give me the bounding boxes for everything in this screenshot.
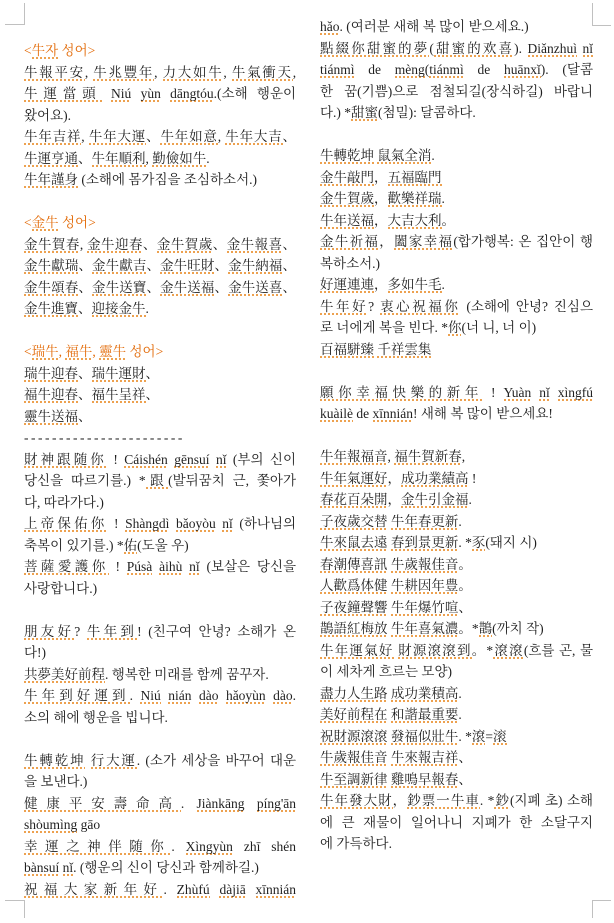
blank-line bbox=[320, 425, 593, 447]
underlined-run: 滾滾 bbox=[493, 643, 524, 660]
underlined-run: 牛至調新律 bbox=[320, 772, 388, 789]
crop-mark-bottom-left bbox=[5, 900, 25, 918]
text-run: . bbox=[458, 686, 461, 701]
underlined-run: 健康平安壽命高 bbox=[24, 796, 181, 813]
underlined-run: 滾 bbox=[472, 729, 486, 746]
text-run: (합가행복: 온 집안이 행 bbox=[453, 234, 593, 249]
text-run: 、 bbox=[214, 258, 228, 273]
underlined-run: xīnnián bbox=[256, 882, 296, 899]
underlined-run: 金牛祈福 bbox=[320, 234, 379, 251]
text-line: 祝福大家新年好. Zhùfú dàjiā xīnnián bbox=[24, 879, 296, 901]
underlined-run: 牛年大運 bbox=[89, 129, 146, 146]
text-run: < bbox=[24, 215, 32, 230]
text-run: ， bbox=[388, 492, 402, 507]
underlined-run: nǐ bbox=[222, 516, 233, 533]
underlined-run: 金牛送福 bbox=[160, 280, 214, 297]
text-line: 소의 해에 행운을 빕니다. bbox=[24, 707, 296, 729]
underlined-run: 牛轉乾坤 bbox=[24, 753, 85, 770]
underlined-run: 靈牛送福 bbox=[24, 409, 78, 426]
underlined-run: 牛年送福 bbox=[320, 213, 374, 230]
text-line: 朋友好? 牛年到! (친구여 안녕? 소해가 온 bbox=[24, 621, 296, 643]
text-line: 牛轉乾坤 鼠氣全消. bbox=[320, 145, 593, 167]
text-run bbox=[245, 796, 257, 811]
underlined-run: nián bbox=[168, 688, 191, 705]
text-run: 당신을 따르기를.) * bbox=[24, 473, 146, 488]
text-run: 복하소서.) bbox=[320, 256, 380, 271]
underlined-run: 多如牛毛 bbox=[388, 277, 442, 294]
underlined-run: 牛年到好運到 bbox=[24, 688, 130, 705]
underlined-run: 金牛賀歲 bbox=[320, 191, 374, 208]
text-line: 幸運之神伴随你. Xìngyùn zhī shén bbox=[24, 836, 296, 858]
section-heading: <瑞牛, 福牛, 靈牛 성어> bbox=[24, 341, 296, 363]
text-line: shòumìng gāo bbox=[24, 814, 296, 836]
text-run: 、 bbox=[78, 258, 92, 273]
underlined-run: shòumìng bbox=[24, 817, 77, 834]
text-line: 牛歲報佳音 牛來報吉祥、 bbox=[320, 747, 593, 769]
underlined-run: àihù bbox=[159, 559, 182, 576]
text-run: , bbox=[81, 129, 89, 144]
text-run: 소의 해에 행운을 빕니다. bbox=[24, 710, 168, 725]
text-run: = bbox=[485, 729, 493, 744]
text-run: . bbox=[146, 301, 149, 316]
text-line: 당신을 따르기를.) *跟(발뒤꿈치 근, 쫓아가 bbox=[24, 470, 296, 492]
text-run: ? bbox=[368, 299, 380, 314]
underlined-run: 金牛送喜 bbox=[228, 280, 282, 297]
text-run: 、 bbox=[146, 387, 160, 402]
text-run: . (여러분 새해 복 많이 받으세요.) bbox=[340, 19, 529, 34]
text-line: 다.) *甜蜜(첨밀): 달콤하다. bbox=[320, 102, 593, 124]
text-line: 牛年發大財，鈔票一牛車. *鈔(지폐 초) 소해 bbox=[320, 790, 593, 812]
blank-line bbox=[24, 599, 296, 621]
underlined-run: 大吉大利 bbox=[388, 213, 442, 230]
text-line: bànsuí nǐ. (행운의 신이 당신과 함께하길.) bbox=[24, 857, 296, 879]
underlined-run: 牛歲報佳音 bbox=[320, 750, 388, 767]
text-run: (돼지 시) bbox=[485, 535, 537, 550]
underlined-run: 發福似壯牛 bbox=[391, 729, 459, 746]
text-run: de bbox=[464, 62, 504, 77]
text-line: 春潮傳喜訊 牛歲報佳音。 bbox=[320, 554, 593, 576]
underlined-run: 牛자 bbox=[32, 43, 59, 60]
text-run: . bbox=[293, 688, 296, 703]
section-heading: <金牛 성어> bbox=[24, 212, 296, 234]
text-line: 牛報平安, 牛兆豐年, 力大如牛, 牛氣衝天, bbox=[24, 62, 296, 84]
underlined-run: nǐ bbox=[216, 452, 227, 469]
text-line: 子夜鐘聲響 牛年爆竹喧、 bbox=[320, 597, 593, 619]
text-run: ， bbox=[388, 471, 402, 486]
underlined-run: kuàilè bbox=[320, 406, 353, 423]
underlined-run: 願你幸福快樂的新年 bbox=[320, 385, 483, 402]
text-run: ， bbox=[374, 170, 388, 185]
crop-mark-bottom-right bbox=[592, 900, 611, 918]
text-run: (첨밀): 달콤하다. bbox=[378, 105, 476, 120]
text-run: 、 bbox=[78, 409, 92, 424]
underlined-run: 佑 bbox=[124, 538, 138, 555]
text-line: 牛年運氣好 財源滾滾到。*滾滾(흐를 곤, 물 bbox=[320, 640, 593, 662]
text-line: 牛運亨通、牛年順利, 勤儉如牛. bbox=[24, 148, 296, 170]
underlined-run: 金牛迎春 bbox=[87, 237, 143, 254]
underlined-run: 靈牛 bbox=[99, 344, 126, 361]
section-heading: <牛자 성어> bbox=[24, 40, 296, 62]
text-run: (발뒤꿈치 근, 쫓아가 bbox=[168, 473, 296, 488]
text-run: ). bbox=[514, 41, 527, 56]
text-run: , bbox=[80, 237, 87, 252]
blank-line bbox=[320, 360, 593, 382]
text-run: 성어> bbox=[59, 215, 96, 230]
underlined-run: 金牛 bbox=[32, 215, 59, 232]
text-line: 金牛賀歲，歡樂祥瑞. bbox=[320, 188, 593, 210]
text-run: zhī shén bbox=[233, 839, 296, 854]
underlined-run: 共夢美好前程 bbox=[24, 667, 105, 684]
text-run: . (행운의 신이 당신과 함께하길.) bbox=[73, 860, 259, 875]
underlined-run: 牛年爆竹喧 bbox=[391, 600, 459, 617]
blank-line bbox=[24, 191, 296, 213]
text-run: (부의 신이 bbox=[226, 452, 296, 467]
text-run: (소해에 안녕? 진심으 bbox=[460, 299, 593, 314]
underlined-run: 你 bbox=[448, 320, 462, 337]
text-run: . bbox=[163, 882, 176, 897]
text-run: 、 bbox=[214, 280, 228, 295]
underlined-run: 鵲語紅梅放 bbox=[320, 621, 388, 638]
underlined-run: 祝福大家新年好 bbox=[24, 882, 163, 899]
text-run: 다!) bbox=[24, 645, 46, 660]
underlined-run: 行大運 bbox=[91, 753, 137, 770]
underlined-run: 衷心祝福你 bbox=[380, 299, 460, 316]
text-line: hǎo. (여러분 새해 복 많이 받으세요.) bbox=[320, 16, 593, 38]
underlined-run: 牛來報吉祥 bbox=[391, 750, 459, 767]
underlined-run: tiánmì bbox=[429, 62, 464, 79]
text-line: 金牛頌春、金牛送寶、金牛送福、金牛送喜、 bbox=[24, 277, 296, 299]
underlined-run: 力大如牛 bbox=[163, 65, 224, 82]
text-run: (지폐 초) 소해 bbox=[510, 793, 593, 808]
underlined-run: 牛年喜氣濃 bbox=[391, 621, 459, 638]
underlined-run: 菩薩愛護你 bbox=[24, 559, 109, 576]
underlined-run: nǐ bbox=[189, 559, 200, 576]
text-line: 金牛賀春, 金牛迎春、金牛賀歲、金牛報喜、 bbox=[24, 234, 296, 256]
underlined-run: 點綴你甜蜜的夢 bbox=[320, 41, 429, 58]
text-run: (까치 작) bbox=[492, 621, 544, 636]
underlined-run: Cáishén bbox=[124, 452, 168, 469]
text-run: , bbox=[154, 65, 162, 80]
text-line: 共夢美好前程. 행복한 미래를 함께 꿈꾸자. bbox=[24, 664, 296, 686]
underlined-run: 盡力人生路 bbox=[320, 686, 388, 703]
text-run: ! bbox=[107, 516, 125, 531]
text-run: 、 bbox=[78, 280, 92, 295]
text-line: 한 꿈(기쁨)으로 점철되길(장식하길) 바랍니 bbox=[320, 81, 593, 103]
text-run: ). (달콤 bbox=[541, 62, 593, 77]
underlined-run: Jiànkāng bbox=[197, 796, 245, 813]
text-run: 에 가득하다. bbox=[320, 836, 392, 851]
text-line: 人歡爲体健 牛耕因年豊。 bbox=[320, 575, 593, 597]
text-line: 로 너에게 복을 빈다. *你(너 니, 너 이) bbox=[320, 317, 593, 339]
underlined-run: 幸運之神伴随你 bbox=[24, 839, 171, 856]
underlined-run: 牛年如意 bbox=[160, 129, 217, 146]
text-run: . bbox=[442, 191, 445, 206]
text-run: gāo bbox=[77, 817, 100, 832]
underlined-run: xīnnián bbox=[373, 406, 414, 423]
underlined-run: 和諧最重要 bbox=[391, 707, 459, 724]
text-line: 에 큰 재물이 일어나니 지폐가 한 소달구지 bbox=[320, 812, 593, 834]
underlined-run: 牛年報福音 bbox=[320, 449, 388, 466]
underlined-run: 牛運當頭 bbox=[24, 86, 102, 103]
text-run: . bbox=[206, 151, 209, 166]
text-run bbox=[102, 86, 111, 101]
text-run: 축복이 있기를.) * bbox=[24, 538, 124, 553]
underlined-run: 牛年氣運好 bbox=[320, 471, 388, 488]
underlined-run: 鵲 bbox=[479, 621, 493, 638]
underlined-run: 百福駢臻 bbox=[320, 342, 374, 359]
text-run: . * bbox=[458, 535, 472, 550]
text-run: 。* bbox=[472, 643, 493, 658]
underlined-run: Diǎnzhuì bbox=[528, 41, 578, 58]
underlined-run: 上帝保佑你 bbox=[24, 516, 107, 533]
text-run: (하나님의 bbox=[233, 516, 296, 531]
underlined-run: 金牛敲門 bbox=[320, 170, 374, 187]
underlined-run: tiánmì bbox=[320, 62, 355, 79]
underlined-run: 好運連連 bbox=[320, 277, 374, 294]
underlined-run: 金牛納福 bbox=[228, 258, 282, 275]
text-run: 。* bbox=[458, 621, 478, 636]
text-run: 、 bbox=[146, 280, 160, 295]
underlined-run: 金牛送寶 bbox=[92, 280, 146, 297]
text-line: 왔어요). bbox=[24, 105, 296, 127]
blank-line bbox=[24, 728, 296, 750]
text-run: 에 큰 재물이 일어나니 지폐가 한 소달구지 bbox=[320, 815, 593, 830]
underlined-run: 雞鳴早報春 bbox=[391, 772, 459, 789]
underlined-run: 迎接金牛 bbox=[92, 301, 146, 318]
text-run bbox=[161, 86, 170, 101]
text-run: ， bbox=[393, 793, 408, 808]
underlined-run: 子夜鐘聲響 bbox=[320, 600, 388, 617]
text-line: 牛年報福音, 福牛賀新春, bbox=[320, 446, 593, 468]
text-run: 、 bbox=[78, 301, 92, 316]
underlined-run: 鼠氣全消 bbox=[377, 148, 431, 165]
underlined-run: 闔家幸福 bbox=[394, 234, 453, 251]
text-run: (흐를 곤, 물 bbox=[524, 643, 593, 658]
underlined-run: 牛轉乾坤 bbox=[320, 148, 374, 165]
underlined-run: bǎoyòu bbox=[176, 516, 216, 533]
text-run: 한 꿈(기쁨)으로 점철되길(장식하길) 바랍니 bbox=[320, 84, 593, 99]
text-run: 、 bbox=[213, 237, 227, 252]
text-run: 로 너에게 복을 빈다. * bbox=[320, 320, 448, 335]
underlined-run: yùn bbox=[141, 86, 161, 103]
underlined-run: 春潮傳喜訊 bbox=[320, 557, 388, 574]
text-run: 、 bbox=[283, 280, 296, 295]
underlined-run: dào bbox=[273, 688, 293, 705]
underlined-run: 牛年春更新 bbox=[391, 514, 459, 531]
text-line: 牛年好? 衷心祝福你 (소해에 안녕? 진심으 bbox=[320, 296, 593, 318]
text-line: 財神跟随你 ! Cáishén gēnsuí nǐ (부의 신이 bbox=[24, 449, 296, 471]
underlined-run: 牛來鼠去遠 bbox=[320, 535, 388, 552]
underlined-run: dàjiā bbox=[219, 882, 245, 899]
text-run: 、 bbox=[458, 772, 472, 787]
underlined-run: 子夜歲交替 bbox=[320, 514, 388, 531]
text-run: ， bbox=[374, 191, 388, 206]
left-column: <牛자 성어>牛報平安, 牛兆豐年, 力大如牛, 牛氣衝天,牛運當頭 Niú y… bbox=[24, 40, 296, 900]
text-run: . 행복한 미래를 함께 꿈꾸자. bbox=[105, 667, 269, 682]
underlined-run: Niú bbox=[111, 86, 131, 103]
text-line: 牛運當頭 Niú yùn dāngtóu.(소해 행운이 bbox=[24, 83, 296, 105]
underlined-run: hǎoyùn bbox=[226, 688, 266, 705]
text-run: 。 bbox=[458, 557, 472, 572]
text-run: 、 bbox=[78, 366, 92, 381]
underlined-run: Niú bbox=[140, 688, 160, 705]
underlined-run: 財源滾滾到 bbox=[398, 643, 472, 660]
text-run: 성어> bbox=[126, 344, 163, 359]
text-line: 축복이 있기를.) *佑(도울 우) bbox=[24, 535, 296, 557]
underlined-run: 瑞牛 bbox=[32, 344, 59, 361]
underlined-run: huānxǐ bbox=[504, 62, 541, 79]
text-run: 、 bbox=[146, 366, 160, 381]
underlined-run: 美好前程在 bbox=[320, 707, 388, 724]
text-run: 사랑합니다.) bbox=[24, 581, 97, 596]
text-line: 上帝保佑你 ! Shàngdì bǎoyòu nǐ (하나님의 bbox=[24, 513, 296, 535]
underlined-run: 牛年吉祥 bbox=[24, 129, 81, 146]
text-run: , bbox=[293, 65, 296, 80]
text-line: 春花百朵開，金牛引金福. bbox=[320, 489, 593, 511]
underlined-run: 牛氣衝天 bbox=[232, 65, 293, 82]
underlined-run: 瑞牛迎春 bbox=[24, 366, 78, 383]
underlined-run: dào bbox=[199, 688, 219, 705]
blank-line bbox=[24, 320, 296, 342]
text-line: 牛來鼠去遠 春到景更新. *豕(돼지 시) bbox=[320, 532, 593, 554]
text-run: < bbox=[24, 43, 32, 58]
text-line: 菩薩愛護你 ! Púsà àihù nǐ (보살은 당신을 bbox=[24, 556, 296, 578]
text-line: 好運連連，多如牛毛. bbox=[320, 274, 593, 296]
text-run: ! bbox=[483, 385, 503, 400]
underlined-run: 金牛賀春 bbox=[24, 237, 80, 254]
underlined-run: 牛年大吉 bbox=[225, 129, 282, 146]
text-line: 다!) bbox=[24, 642, 296, 664]
text-run: 다.) * bbox=[320, 105, 351, 120]
underlined-run: 牛年運氣好 bbox=[320, 643, 394, 660]
text-run: 을 보낸다.) bbox=[24, 774, 87, 789]
text-line: 金牛祈福，闔家幸福(합가행복: 온 집안이 행 bbox=[320, 231, 593, 253]
document-page: <牛자 성어>牛報平安, 牛兆豐年, 力大如牛, 牛氣衝天,牛運當頭 Niú y… bbox=[0, 0, 614, 923]
underlined-run: 春到景更新 bbox=[391, 535, 459, 552]
underlined-run: 牛年到 bbox=[87, 624, 137, 641]
text-run: . bbox=[458, 514, 461, 529]
underlined-run: 福牛賀新春 bbox=[394, 449, 462, 466]
text-run: de bbox=[353, 406, 373, 421]
text-line: 靈牛送福、 bbox=[24, 406, 296, 428]
text-run: de bbox=[355, 62, 395, 77]
text-line: 牛年到好運到. Niú nián dào hǎoyùn dào. bbox=[24, 685, 296, 707]
text-run: . bbox=[171, 839, 185, 854]
text-line: 金牛進寶、迎接金牛. bbox=[24, 298, 296, 320]
text-run bbox=[577, 41, 583, 56]
text-run bbox=[210, 882, 220, 897]
underlined-run: 牛報平安 bbox=[24, 65, 85, 82]
text-run: 、 bbox=[78, 151, 92, 166]
text-run: ! 새해 복 많이 받으세요! bbox=[413, 406, 553, 421]
underlined-run: gēnsuí bbox=[174, 452, 209, 469]
underlined-run: xìngfú bbox=[558, 385, 593, 402]
text-line: 盡力人生路 成功業積高. bbox=[320, 683, 593, 705]
text-run: . bbox=[458, 707, 461, 722]
underlined-run: 金牛獻瑞 bbox=[24, 258, 78, 275]
text-line: 願你幸福快樂的新年 ! Yuàn nǐ xìngfú bbox=[320, 382, 593, 404]
text-run: ----------------------- bbox=[24, 430, 185, 445]
text-run bbox=[169, 516, 176, 531]
underlined-run: 豕 bbox=[472, 535, 486, 552]
text-line: 牛年謹身 (소해에 몸가짐을 조심하소서.) bbox=[24, 169, 296, 191]
text-line: 다, 따라가다.) bbox=[24, 492, 296, 514]
underlined-run: 牛兆豐年 bbox=[93, 65, 154, 82]
text-line: 에 가득하다. bbox=[320, 833, 593, 855]
underlined-run: 人歡爲体健 bbox=[320, 578, 388, 595]
text-run: . bbox=[130, 688, 141, 703]
text-run bbox=[131, 86, 140, 101]
text-run: , bbox=[462, 449, 465, 464]
underlined-run: 牛耕因年豊 bbox=[391, 578, 459, 595]
text-run: . bbox=[181, 796, 197, 811]
underlined-run: 五福臨門 bbox=[388, 170, 442, 187]
underlined-run: 金牛旺財 bbox=[160, 258, 214, 275]
underlined-run: 金牛頌春 bbox=[24, 280, 78, 297]
blank-line bbox=[320, 124, 593, 146]
underlined-run: bànsuí bbox=[24, 860, 59, 877]
text-run: ， bbox=[374, 213, 388, 228]
underlined-run: 朋友好 bbox=[24, 624, 74, 641]
text-line: 瑞牛迎春、瑞牛運財、 bbox=[24, 363, 296, 385]
text-run: . bbox=[431, 148, 434, 163]
text-line: 鵲語紅梅放 牛年喜氣濃。*鵲(까치 작) bbox=[320, 618, 593, 640]
underlined-run: Xìngyùn bbox=[186, 839, 233, 856]
underlined-run: nǐ bbox=[583, 41, 594, 58]
text-run bbox=[85, 753, 90, 768]
text-run: 、 bbox=[146, 258, 160, 273]
underlined-run: mèng bbox=[395, 62, 425, 79]
text-run: . bbox=[469, 492, 472, 507]
underlined-run: 滚 bbox=[493, 729, 507, 746]
underlined-run: 鈔票一牛車 bbox=[407, 793, 480, 810]
text-run: 、 bbox=[458, 600, 472, 615]
text-run: (보살은 당신을 bbox=[200, 559, 296, 574]
text-run: . * bbox=[458, 729, 472, 744]
underlined-run: 牛年發大財 bbox=[320, 793, 393, 810]
text-run: < bbox=[24, 344, 32, 359]
text-run bbox=[550, 385, 558, 400]
text-run: . bbox=[442, 277, 445, 292]
underlined-run: 牛運亨通 bbox=[24, 151, 78, 168]
underlined-run: 金牛進寶 bbox=[24, 301, 78, 318]
underlined-run: 鈔 bbox=[494, 793, 510, 810]
text-run: ， bbox=[374, 277, 388, 292]
underlined-run: 歡樂祥瑞 bbox=[388, 191, 442, 208]
underlined-run: 跟 bbox=[146, 473, 168, 490]
underlined-run: 甜蜜的欢喜 bbox=[434, 41, 514, 58]
text-run: ? bbox=[74, 624, 87, 639]
crop-mark-top-right bbox=[592, 3, 611, 26]
underlined-run: píng'ān bbox=[257, 796, 296, 813]
underlined-run: 瑞牛運財 bbox=[92, 366, 146, 383]
text-line: 복하소서.) bbox=[320, 253, 593, 275]
underlined-run: Shàngdì bbox=[125, 516, 169, 533]
text-run bbox=[246, 882, 256, 897]
underlined-run: 牛年順利 bbox=[92, 151, 146, 168]
underlined-run: 甜蜜 bbox=[351, 105, 378, 122]
text-line: 牛年氣運好，成功業績高 ! bbox=[320, 468, 593, 490]
text-run: 、 bbox=[143, 237, 157, 252]
text-line: 點綴你甜蜜的夢(甜蜜的欢喜). Diǎnzhuì nǐ bbox=[320, 38, 593, 60]
text-run: (너 니, 너 이) bbox=[461, 320, 536, 335]
underlined-run: dāngtóu bbox=[170, 86, 214, 103]
underlined-run: 勤儉如牛 bbox=[152, 151, 206, 168]
underlined-run: 金牛引金福 bbox=[401, 492, 469, 509]
underlined-run: 福牛迎春 bbox=[24, 387, 78, 404]
text-line: 金牛敲門，五福臨門 bbox=[320, 167, 593, 189]
text-run: ! bbox=[109, 559, 127, 574]
